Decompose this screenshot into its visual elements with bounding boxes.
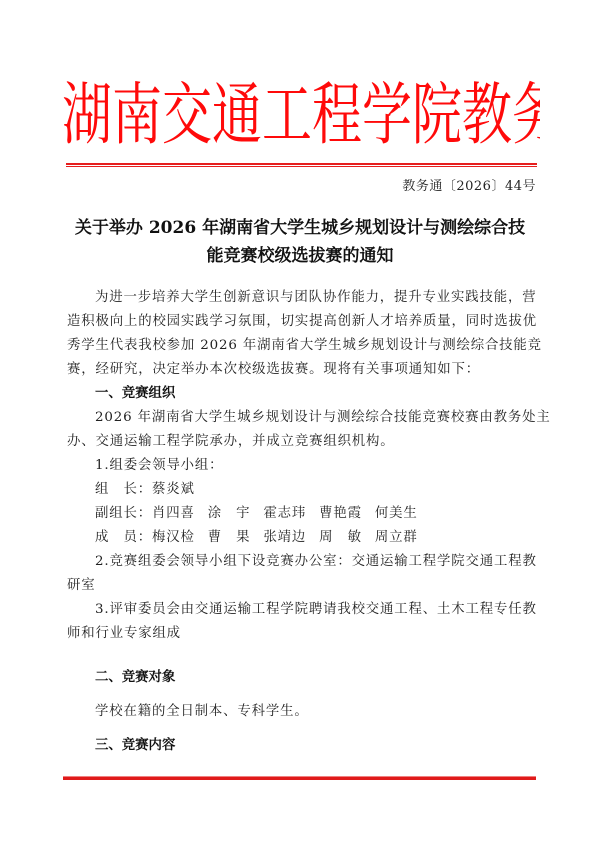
member-name: 曹 果 (208, 530, 251, 545)
masthead-title: 湖南交通工程学院教务处 (62, 78, 540, 152)
organization-line-1: 2026 年湖南省大学生城乡规划设计与测绘综合技能竞赛校赛由教务处主 (95, 408, 535, 428)
document-title-line-1: 关于举办 2026 年湖南省大学生城乡规划设计与测绘综合技 (64, 214, 536, 242)
member-name: 梅汉检 (152, 530, 195, 545)
deputy-name: 何美生 (375, 506, 418, 521)
masthead: 湖南交通工程学院教务处 (62, 78, 540, 152)
committee-label: 1.组委会领导小组： (95, 456, 535, 476)
intro-line-3: 秀学生代表我校参加 2026 年湖南省大学生城乡规划设计与测绘综合技能竞 (67, 336, 535, 356)
member-name: 张靖边 (263, 530, 306, 545)
member-label: 成 员： (95, 530, 152, 545)
section-heading-content: 三、竞赛内容 (95, 736, 175, 756)
document-page: 湖南交通工程学院教务处 教务通〔2026〕44号 关于举办 2026 年湖南省大… (0, 0, 600, 848)
jury-line-1: 3.评审委员会由交通运输工程学院聘请我校交通工程、土木工程专任教 (95, 600, 535, 620)
participants-line-1: 学校在籍的全日制本、专科学生。 (95, 702, 535, 722)
deputy-name: 曹艳霞 (319, 506, 362, 521)
footer-divider (63, 777, 536, 780)
organization-line-2: 办、交通运输工程学院承办，并成立竞赛组织机构。 (67, 432, 535, 452)
section-heading-participants: 二、竞赛对象 (95, 668, 175, 688)
member-name: 周 敏 (319, 530, 362, 545)
leader-label: 组 长： (95, 482, 152, 497)
office-line-1: 2.竞赛组委会领导小组下设竞赛办公室：交通运输工程学院交通工程教 (95, 552, 535, 572)
deputy-name: 涂 宇 (208, 506, 251, 521)
leader-name: 蔡炎斌 (152, 482, 195, 497)
committee-members-row: 成 员：梅汉检曹 果张靖边周 敏周立群 (95, 528, 535, 548)
deputy-name: 霍志玮 (263, 506, 306, 521)
committee-deputies-row: 副组长：肖四喜涂 宇霍志玮曹艳霞何美生 (95, 504, 535, 524)
office-line-2: 研室 (67, 576, 535, 596)
committee-leader-row: 组 长：蔡炎斌 (95, 480, 535, 500)
jury-line-2: 师和行业专家组成 (67, 624, 535, 644)
intro-line-4: 赛，经研究，决定举办本次校级选拔赛。现将有关事项通知如下： (67, 360, 535, 380)
masthead-divider (66, 163, 537, 167)
intro-line-2: 造积极向上的校园实践学习氛围，切实提高创新人才培养质量，同时选拔优 (67, 312, 535, 332)
document-title-line-2: 能竞赛校级选拔赛的通知 (64, 242, 536, 270)
deputy-label: 副组长： (95, 506, 152, 521)
member-name: 周立群 (375, 530, 418, 545)
intro-line-1: 为进一步培养大学生创新意识与团队协作能力，提升专业实践技能，营 (95, 288, 535, 308)
deputy-name: 肖四喜 (152, 506, 195, 521)
document-number: 教务通〔2026〕44号 (402, 178, 536, 196)
section-heading-organization: 一、竞赛组织 (95, 384, 175, 404)
